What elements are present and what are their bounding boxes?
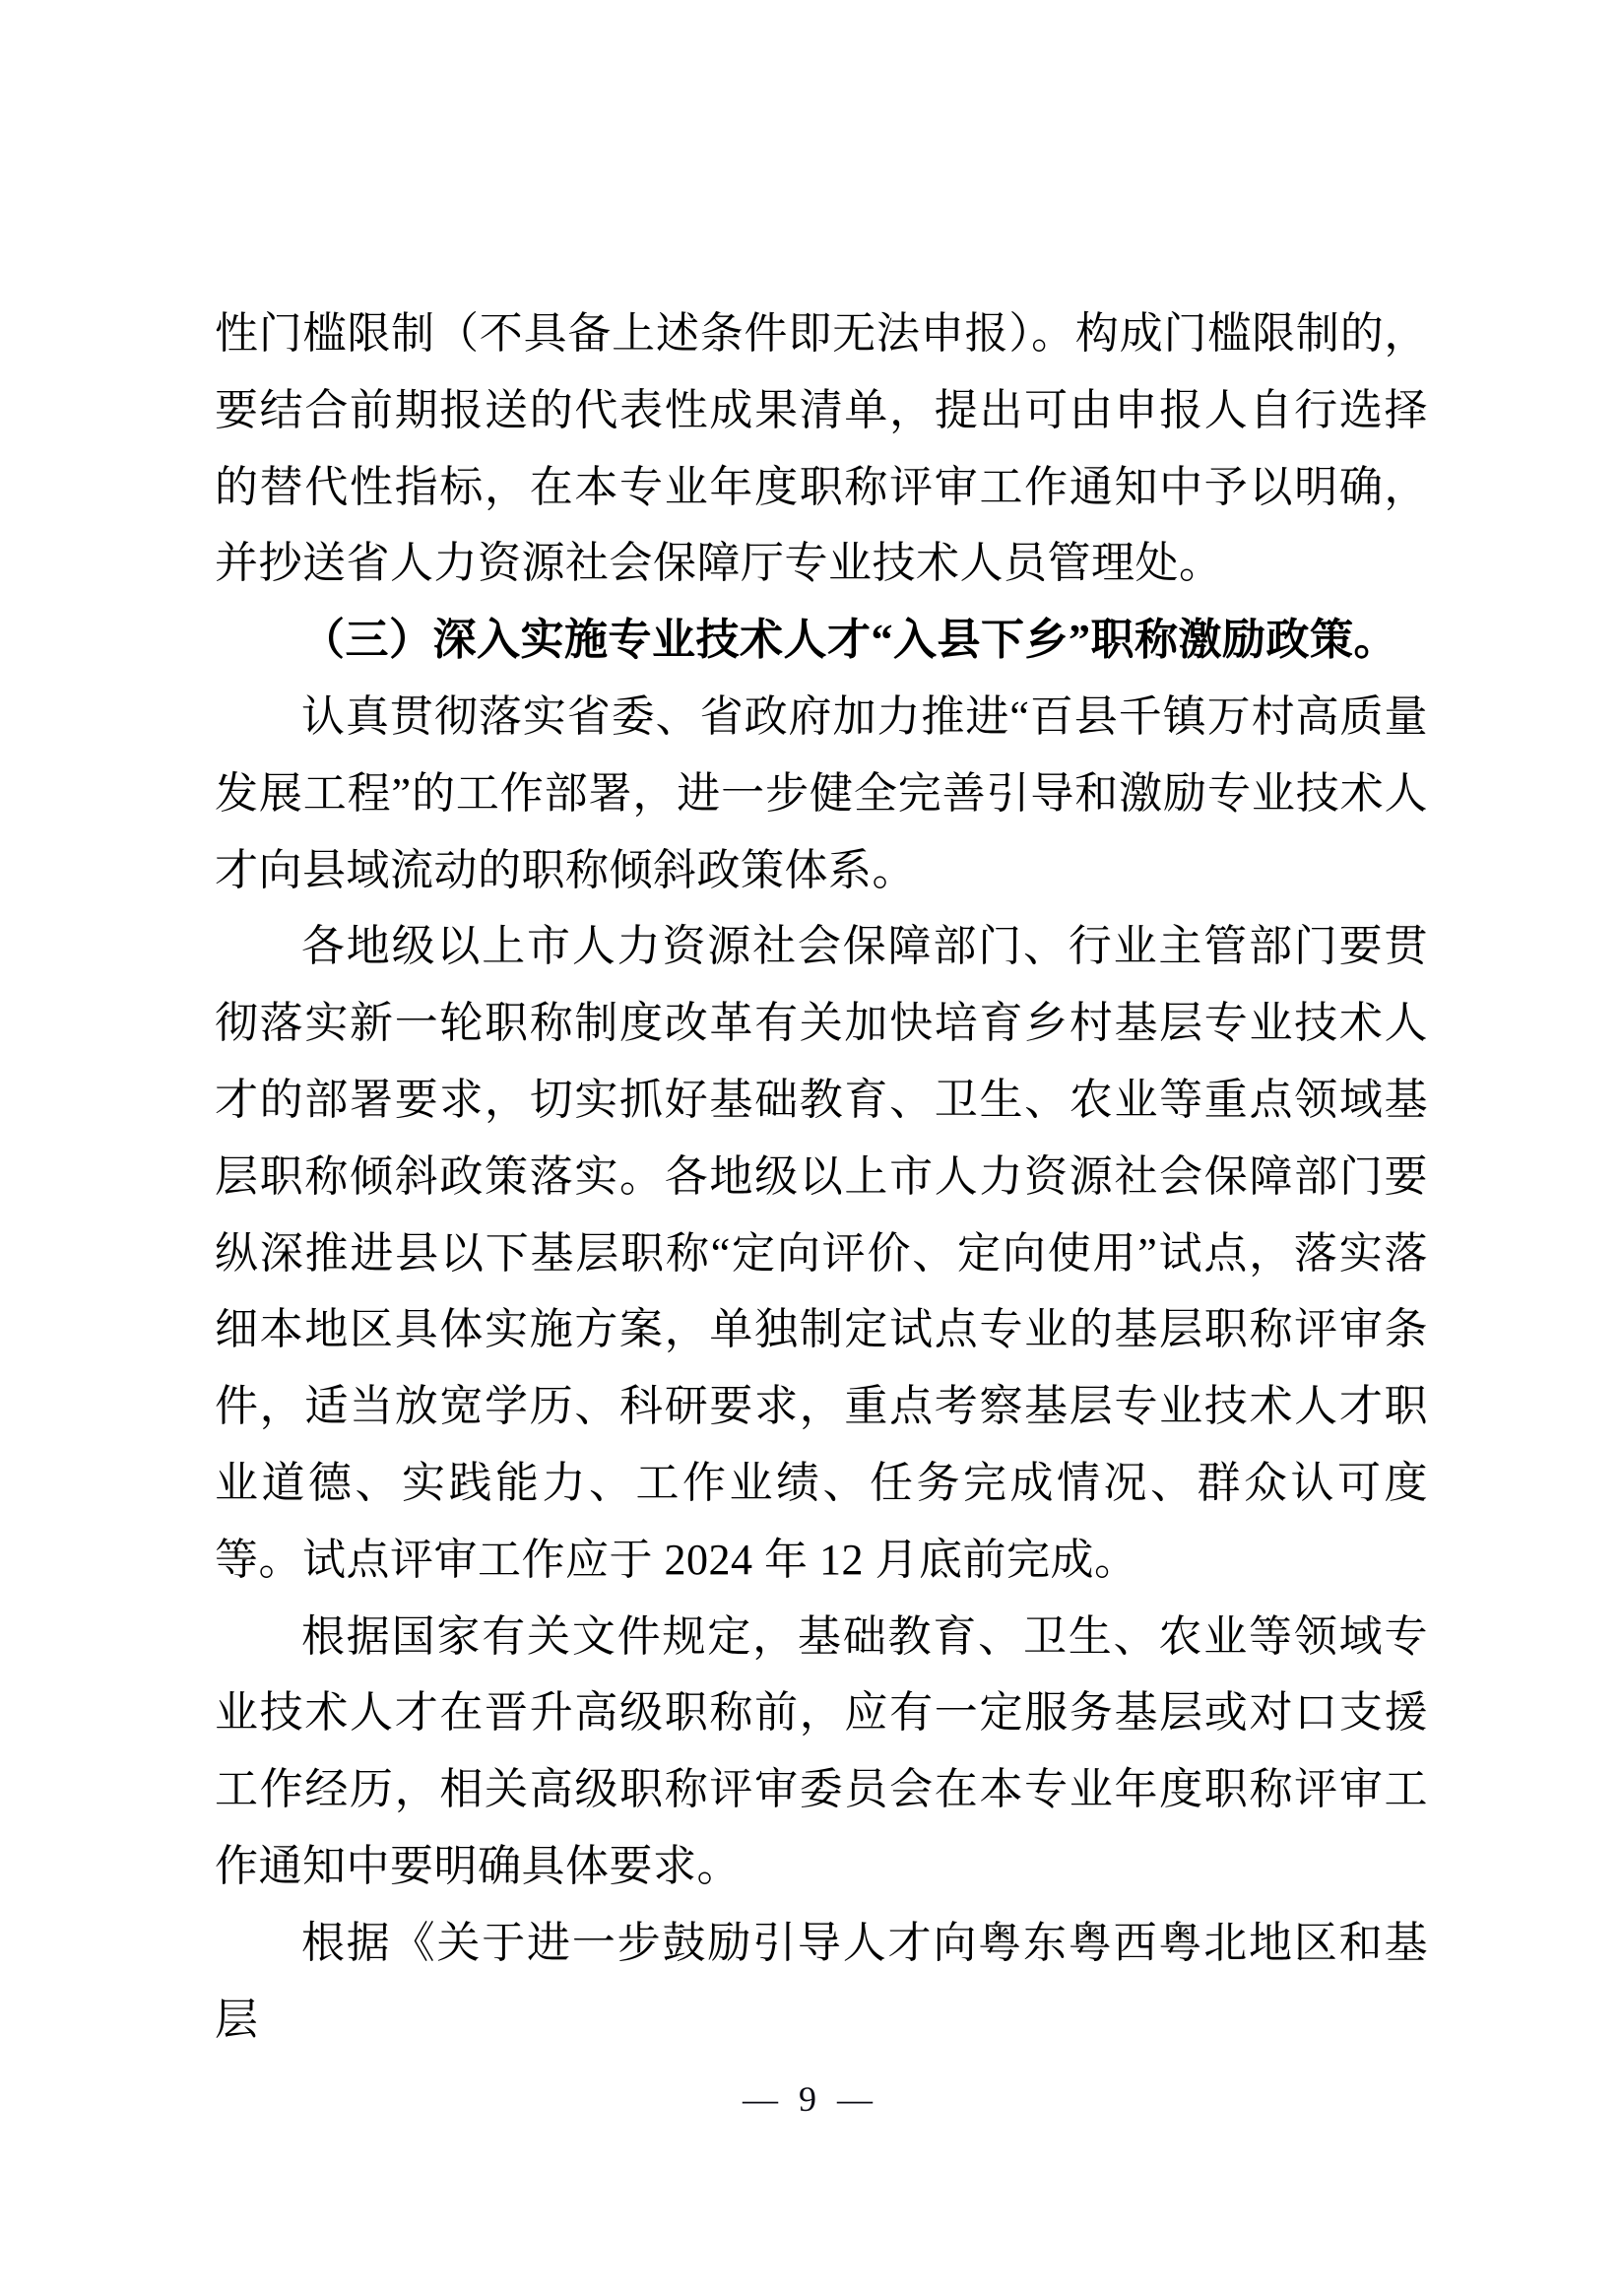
paragraph: 认真贯彻落实省委、省政府加力推进“百县千镇万村高质量发展工程”的工作部署，进一步… [215, 679, 1428, 908]
page-number: — 9 — [0, 2078, 1621, 2120]
section-heading: （三）深入实施专业技术人才“入县下乡”职称激励政策。 [215, 602, 1428, 679]
paragraph-continuation: 性门槛限制（不具备上述条件即无法申报）。构成门槛限制的，要结合前期报送的代表性成… [215, 295, 1428, 602]
document-page: 性门槛限制（不具备上述条件即无法申报）。构成门槛限制的，要结合前期报送的代表性成… [0, 0, 1621, 2296]
paragraph-continuing-next-page: 根据《关于进一步鼓励引导人才向粤东粤西粤北地区和基层 [215, 1905, 1428, 2059]
paragraph: 各地级以上市人力资源社会保障部门、行业主管部门要贯彻落实新一轮职称制度改革有关加… [215, 908, 1428, 1598]
paragraph: 根据国家有关文件规定，基础教育、卫生、农业等领域专业技术人才在晋升高级职称前，应… [215, 1599, 1428, 1905]
document-body: 性门槛限制（不具备上述条件即无法申报）。构成门槛限制的，要结合前期报送的代表性成… [215, 295, 1428, 2058]
